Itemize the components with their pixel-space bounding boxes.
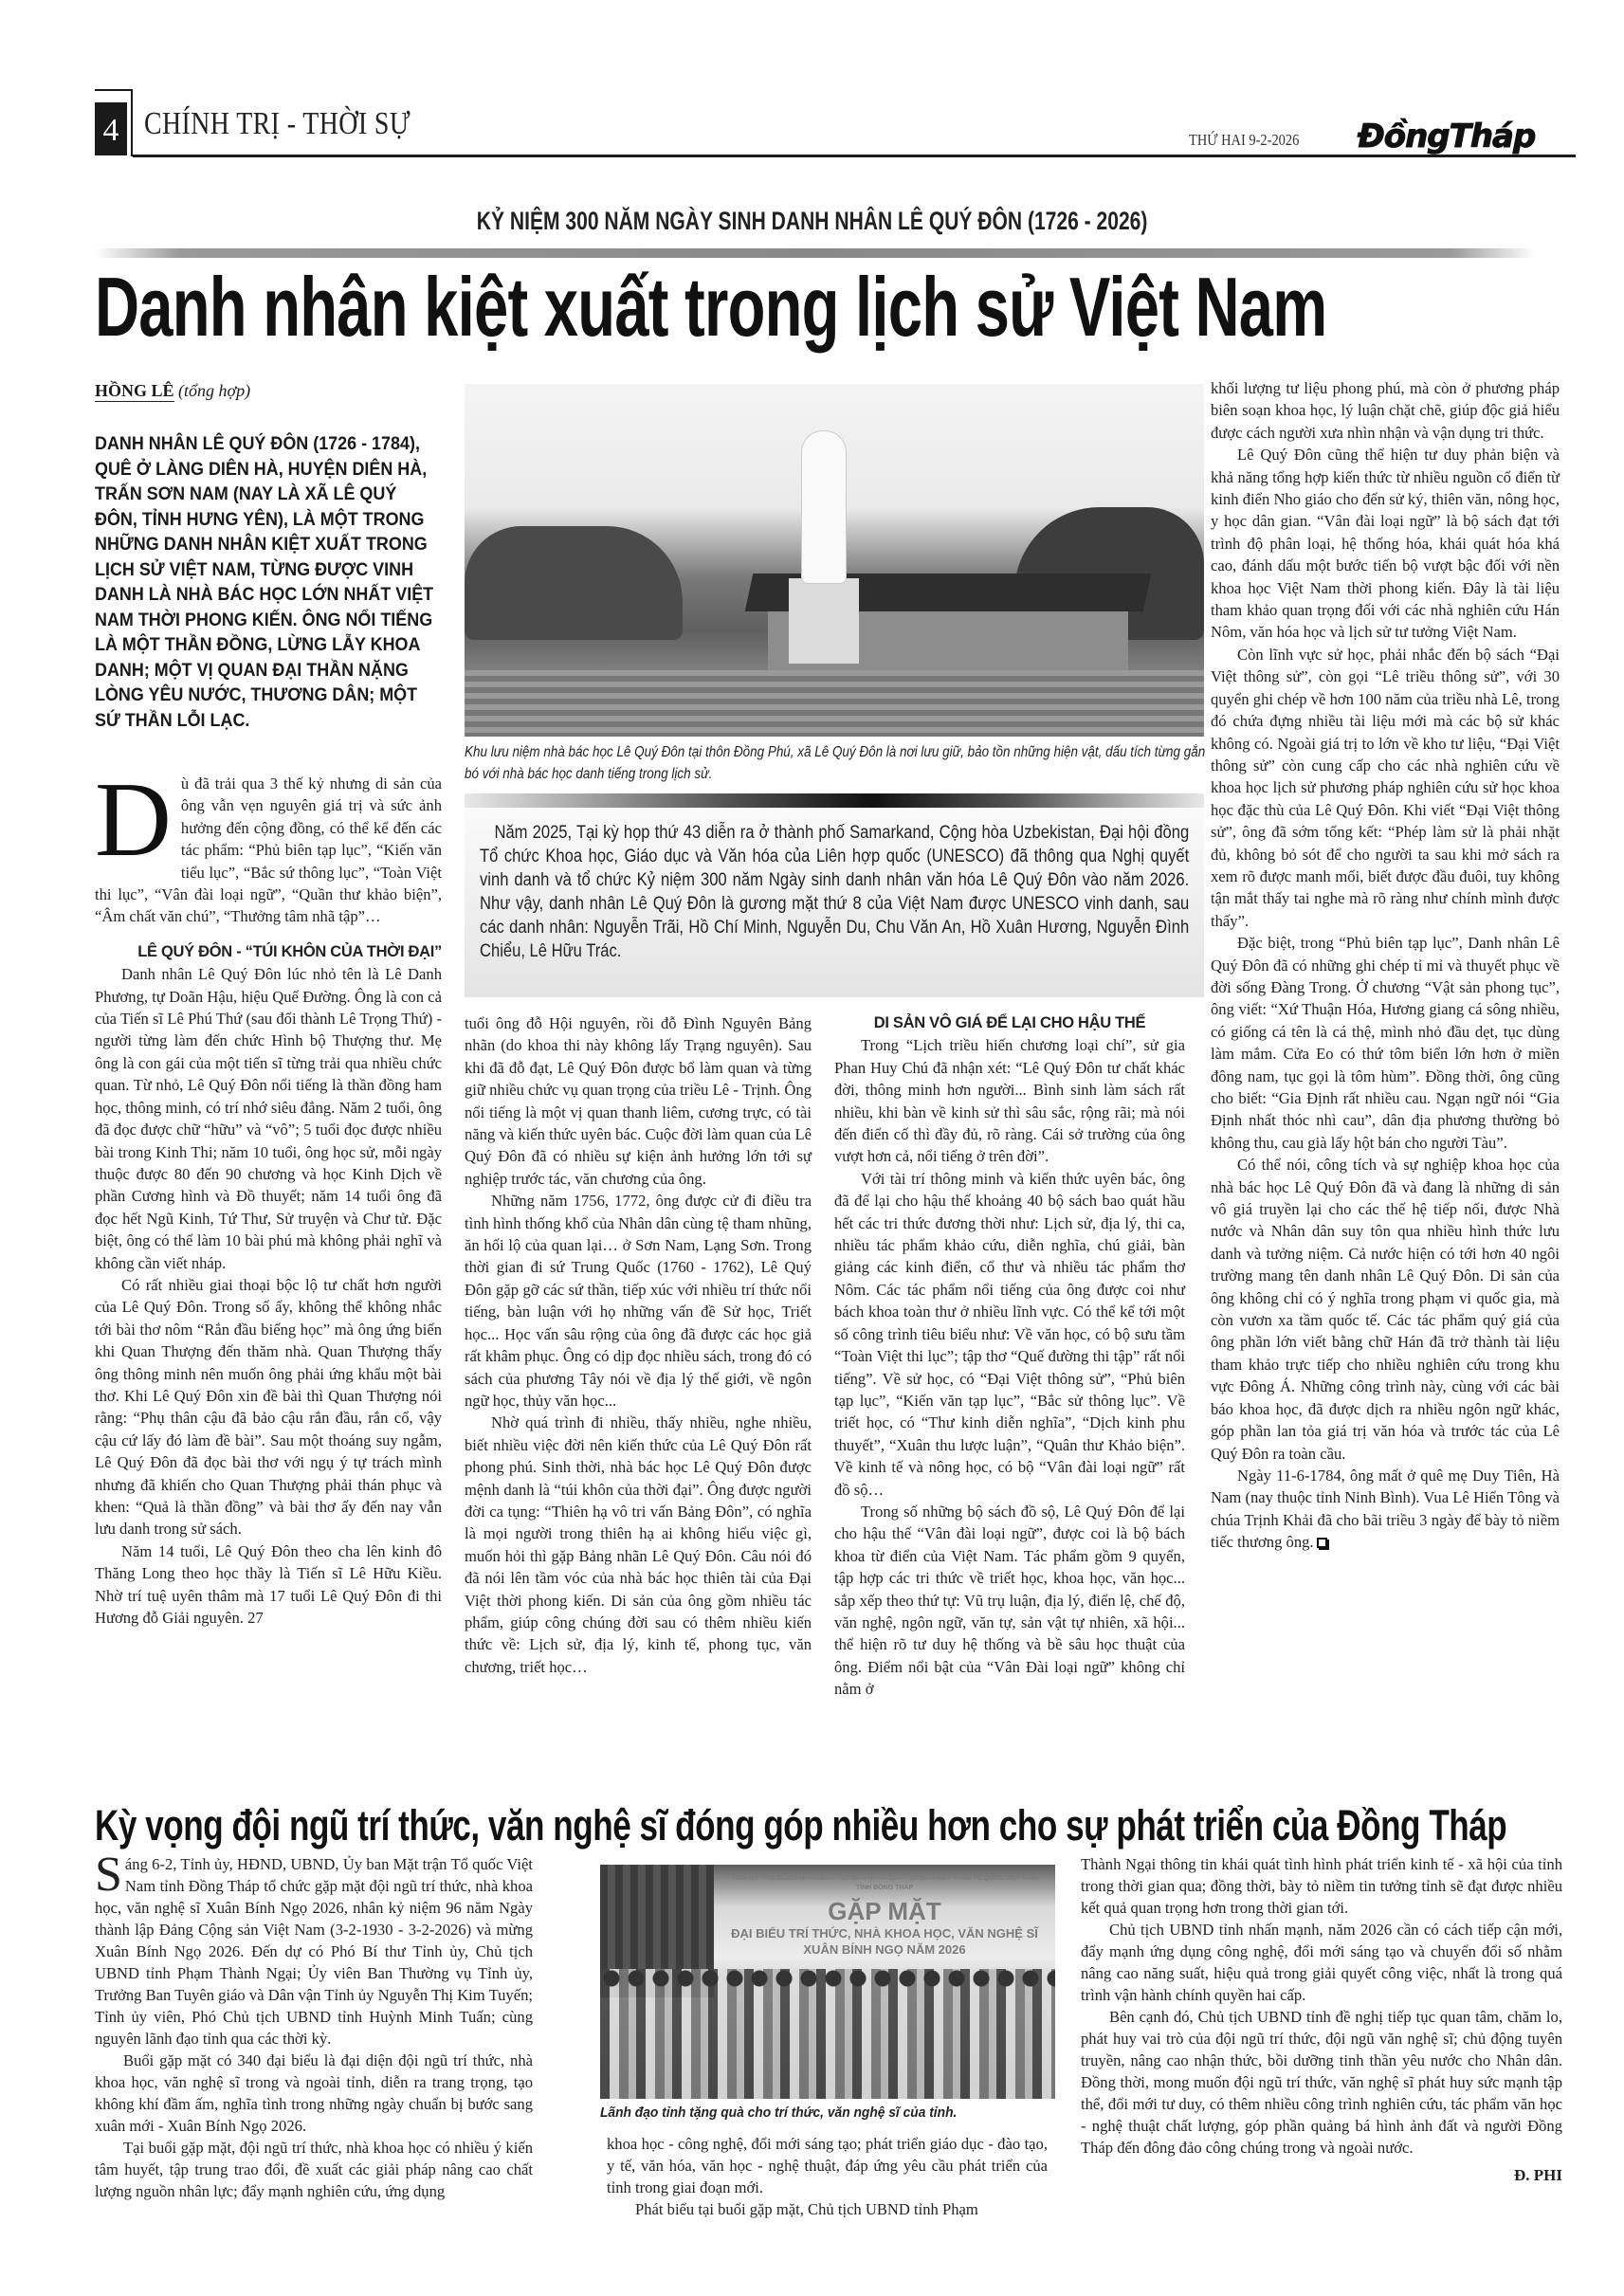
author-byline: Đ. PHI — [1081, 2164, 1562, 2186]
sidebar-text: Năm 2025, Tại kỳ họp thứ 43 diễn ra ở th… — [480, 821, 1191, 963]
end-of-article-icon — [1317, 1538, 1327, 1548]
newspaper-logo: ĐồngTháp — [1358, 118, 1535, 155]
photo-trees — [465, 526, 683, 640]
paragraph: khối lượng tư liệu phong phú, mà còn ở p… — [1211, 377, 1560, 444]
photo-caption: Lãnh đạo tỉnh tặng quà cho trí thức, văn… — [600, 2105, 1055, 2121]
paragraph: Buổi gặp mặt có 340 đại biểu là đại diện… — [95, 2050, 533, 2137]
closing-paragraph: Ngày 11-6-1784, ông mất ở quê mẹ Duy Tiê… — [1211, 1465, 1560, 1554]
paragraph: Có thể nói, công tích và sự nghiệp khoa … — [1211, 1154, 1560, 1465]
paragraph: tuổi ông đỗ Hội nguyên, rồi đỗ Đình Nguy… — [465, 1012, 812, 1190]
article-lead: DANH NHÂN LÊ QUÝ ĐÔN (1726 - 1784), QUÊ … — [95, 431, 446, 733]
drop-cap: D — [95, 778, 172, 862]
drop-cap: S — [95, 1855, 122, 1895]
paragraph: Tại buổi gặp mặt, đội ngũ trí thức, nhà … — [95, 2137, 533, 2202]
article-column-4: khối lượng tư liệu phong phú, mà còn ở p… — [1211, 377, 1560, 1554]
paragraph: Chủ tịch UBND tỉnh nhấn mạnh, năm 2026 c… — [1081, 1919, 1562, 2006]
paragraph: Lê Quý Đôn cũng thể hiện tư duy phản biệ… — [1211, 444, 1560, 644]
photo-caption: Khu lưu niệm nhà bác học Lê Quý Đôn tại … — [465, 741, 1204, 785]
intro-paragraph: Dù đã trải qua 3 thế kỷ nhưng di sản của… — [95, 773, 442, 928]
article2-column-1: Sáng 6-2, Tỉnh ủy, HĐND, UBND, Ủy ban Mặ… — [95, 1853, 533, 2202]
page-number: 4 — [95, 102, 127, 155]
kicker-rule — [95, 248, 1536, 258]
header-top-rule — [95, 89, 133, 91]
paragraph: Phát biểu tại buổi gặp mặt, Chủ tịch UBN… — [607, 2198, 1048, 2220]
article-headline: Danh nhân kiệt xuất trong lịch sử Việt N… — [95, 264, 1326, 351]
paragraph: Năm 14 tuổi, Lê Quý Đôn theo cha lên kin… — [95, 1540, 442, 1630]
article2-column-3: Thành Ngại thông tin khái quát tình hình… — [1081, 1853, 1562, 2186]
box-rule — [465, 793, 1204, 808]
paragraph: Thành Ngại thông tin khái quát tình hình… — [1081, 1853, 1562, 1919]
issue-date: THỨ HAI 9-2-2026 — [1189, 131, 1299, 150]
photo-heads — [600, 1959, 1055, 1997]
photo-banner: TỈNH ỦY - HỘI ĐỒNG NHÂN DÂN - ỦY BAN NHÂ… — [723, 1874, 1046, 1958]
photo-statue — [802, 431, 846, 583]
article2-column-2: khoa học - công nghệ, đổi mới sáng tạo; … — [607, 2133, 1048, 2220]
intro-paragraph: Sáng 6-2, Tỉnh ủy, HĐND, UBND, Ủy ban Mặ… — [95, 1853, 533, 2050]
paragraph: Danh nhân Lê Quý Đôn lúc nhỏ tên là Lê D… — [95, 963, 442, 1274]
author-name: HỒNG LÊ — [95, 381, 174, 402]
paragraph: Có rất nhiều giai thoại bộc lộ tư chất h… — [95, 1274, 442, 1540]
paragraph: Những năm 1756, 1772, ông được cử đi điề… — [465, 1190, 812, 1412]
kicker: KỶ NIỆM 300 NĂM NGÀY SINH DANH NHÂN LÊ Q… — [0, 207, 1624, 236]
article-column-1: Dù đã trải qua 3 thế kỷ nhưng di sản của… — [95, 773, 442, 1629]
byline: HỒNG LÊ (tổng hợp) — [95, 381, 250, 401]
article-column-3: DI SẢN VÔ GIÁ ĐỂ LẠI CHO HẬU THẾ Trong “… — [834, 1012, 1185, 1701]
header-rule — [133, 155, 1576, 157]
subheading: DI SẢN VÔ GIÁ ĐỂ LẠI CHO HẬU THẾ — [834, 1012, 1185, 1034]
author-role: (tổng hợp) — [178, 381, 250, 400]
paragraph: Nhờ quá trình đi nhiều, thấy nhiều, nghe… — [465, 1412, 812, 1678]
paragraph: Bên cạnh đó, Chủ tịch UBND tỉnh đề nghị … — [1081, 2006, 1562, 2159]
paragraph: Trong “Lịch triều hiến chương loại chí”,… — [834, 1034, 1185, 1167]
article-column-2: tuổi ông đỗ Hội nguyên, rồi đỗ Đình Nguy… — [465, 1012, 812, 1678]
paragraph: khoa học - công nghệ, đổi mới sáng tạo; … — [607, 2133, 1048, 2198]
section-title: CHÍNH TRỊ - THỜI SỰ — [144, 106, 411, 142]
paragraph: Trong số những bộ sách đồ sộ, Lê Quý Đôn… — [834, 1501, 1185, 1701]
unesco-sidebar: Năm 2025, Tại kỳ họp thứ 43 diễn ra ở th… — [465, 808, 1204, 997]
paragraph: Còn lĩnh vực sử học, phải nhắc đến bộ sá… — [1211, 644, 1560, 932]
header-divider — [131, 90, 133, 156]
photo-pedestal — [789, 578, 859, 664]
article2-headline: Kỳ vọng đội ngũ trí thức, văn nghệ sĩ đó… — [95, 1801, 1506, 1850]
paragraph: Đặc biệt, trong “Phủ biên tạp lục”, Danh… — [1211, 932, 1560, 1154]
meeting-photo: TỈNH ỦY - HỘI ĐỒNG NHÂN DÂN - ỦY BAN NHÂ… — [600, 1865, 1055, 2099]
paragraph: Với tài trí thông minh và kiến thức uyên… — [834, 1168, 1185, 1501]
subheading: LÊ QUÝ ĐÔN - “TÚI KHÔN CỦA THỜI ĐẠI” — [95, 941, 442, 963]
photo-steps — [465, 670, 1204, 737]
memorial-photo — [465, 384, 1204, 737]
